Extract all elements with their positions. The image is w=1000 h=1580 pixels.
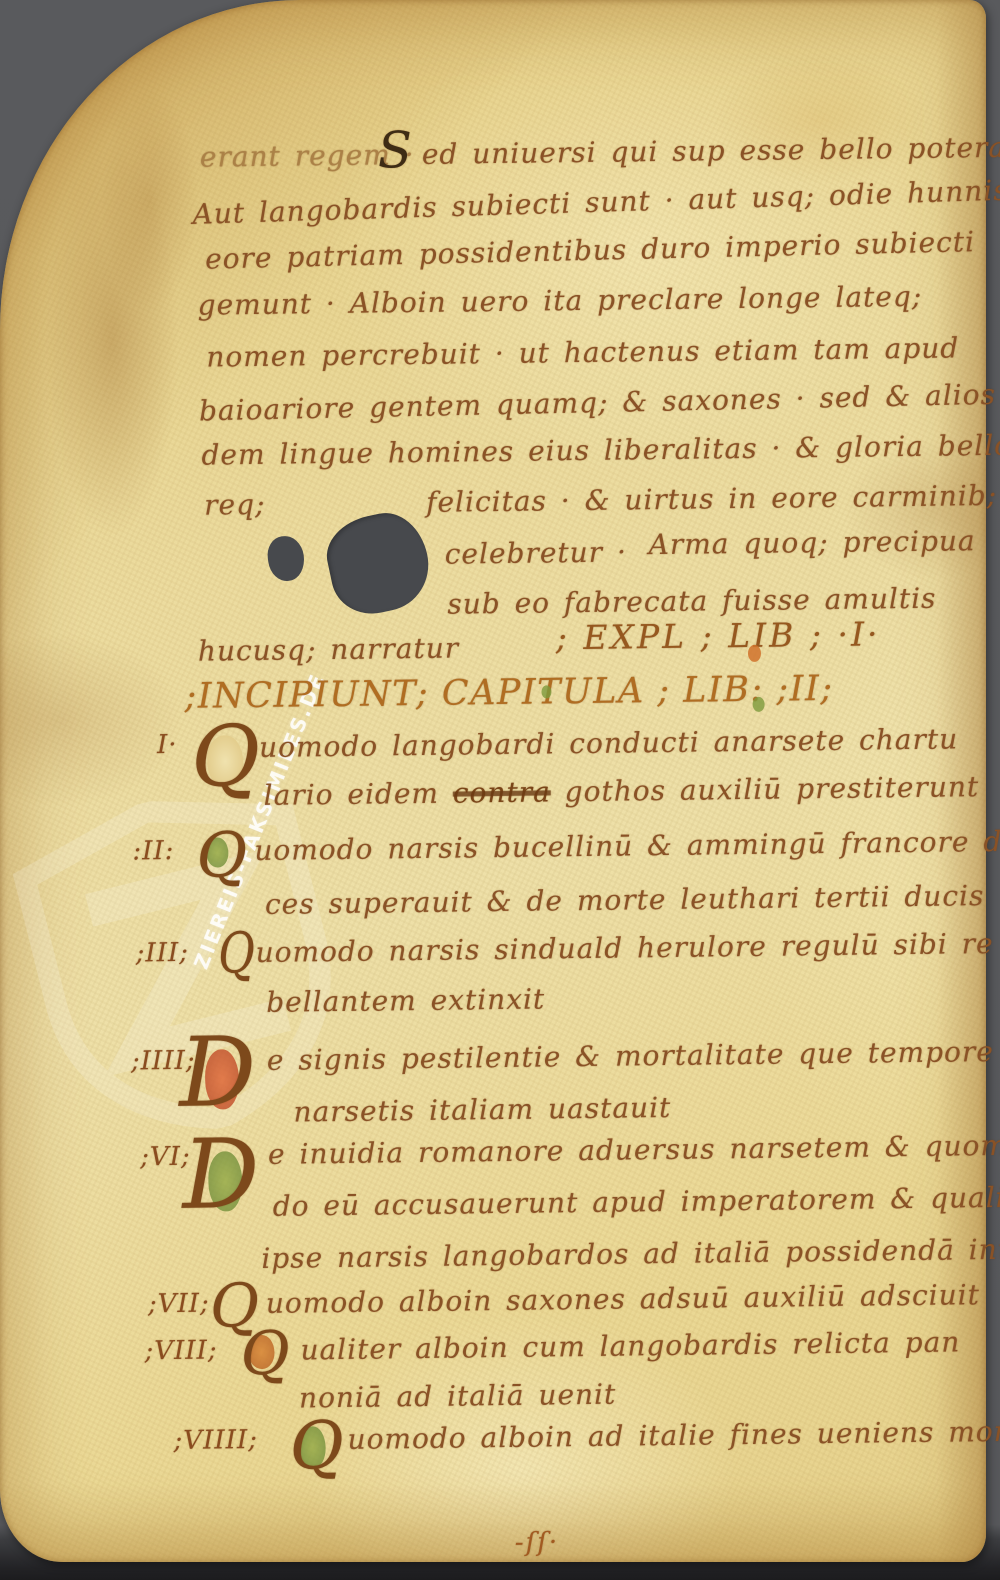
chapter-5-line-1: e inuidia romanore aduersus narsetem & q… — [268, 1132, 1000, 1169]
body-line-8b: felicitas · & uirtus in eore carminib; — [426, 482, 997, 517]
chapter-1-numeral: I· — [157, 732, 178, 758]
photo-stage: ZIEREIS-FAKSIMILES.DE erant regem · S ed… — [0, 0, 1000, 1580]
body-line-7: dem lingue homines eius liberalitas · & … — [201, 432, 1000, 470]
chapter-8-numeral: ;VIIII; — [173, 1427, 258, 1454]
body-line-9b: Arma quoq; precipua — [648, 527, 975, 559]
chapter-2-initial: Q — [196, 827, 248, 883]
chapter-8-line-1: uomodo alboin ad italie fines ueniens mo… — [347, 1417, 1000, 1453]
chapter-3-numeral: ;III; — [135, 940, 189, 967]
chapter-7-initial: Q — [240, 1327, 290, 1382]
body-line-9a: celebretur · — [445, 538, 627, 568]
chapter-3-line-1: uomodo narsis sinduald herulore regulū s… — [255, 930, 993, 967]
body-line-4: gemunt · Alboin uero ita preclare longe … — [198, 283, 923, 320]
chapter-2-line-1: uomodo narsis bucellinū & ammingū franco… — [254, 828, 1000, 865]
body-line-8a: req; — [204, 491, 266, 520]
chapter-6-numeral: ;VII; — [148, 1291, 210, 1318]
chapter-8-initial: Q — [289, 1416, 344, 1476]
chapter-3-line-2: bellantem extinxit — [266, 985, 545, 1016]
chapter-2-numeral: :II: — [132, 838, 174, 865]
body-line-6: baioariore gentem quamq; & saxones · sed… — [199, 379, 1000, 425]
body-line-3: eore patriam possidentibus duro imperio … — [205, 228, 975, 273]
body-line-11: hucusq; narratur — [198, 634, 460, 665]
rubric-dot-green — [541, 685, 551, 698]
chapter-1-struck-word: contra — [453, 775, 551, 809]
chapter-7-line-2: noniā ad italiā uenit — [299, 1381, 617, 1413]
chapter-1-line-2-pre: lario eidem — [263, 777, 453, 812]
initial-letter: Q — [191, 707, 261, 806]
chapter-5-initial: D — [182, 1131, 260, 1218]
chapter-2-line-2: ces superauit & de morte leuthari tertii… — [265, 882, 985, 919]
initial-letter: D — [178, 1016, 256, 1129]
quire-mark: -ſſ· — [515, 1527, 560, 1558]
body-line-5: nomen percrebuit · ut hactenus etiam tam… — [206, 334, 959, 371]
body-line-1b: ed uniuersi qui sup esse bello poterant — [422, 133, 1000, 169]
chapter-4-line-2: narsetis italiam uastauit — [293, 1094, 671, 1127]
chapter-4-initial: D — [179, 1029, 257, 1116]
rubric-dot-green — [753, 697, 765, 712]
rubric-incipit-capitula-lib-2: ;INCIPIUNT; CAPITULA ; LIB: ;II; — [184, 672, 834, 715]
chapter-1-initial: Q — [191, 719, 261, 795]
chapter-6-line-1: uomodo alboin saxones adsuū auxiliū adsc… — [266, 1281, 980, 1318]
rubric-dot-orange — [748, 645, 761, 662]
explicit-lib-1: ; EXPL ; LIB ; ·I· — [556, 617, 881, 654]
initial-letter: Q — [218, 921, 256, 986]
chapter-5-line-3: ipse narsis langobardos ad italiā possid… — [261, 1235, 1000, 1273]
chapter-7-numeral: ;VIII; — [144, 1337, 217, 1364]
body-line-10: sub eo fabrecata fuisse amultis — [447, 585, 936, 619]
chapter-7-line-1: ualiter alboin cum langobardis relicta p… — [300, 1328, 960, 1364]
chapter-3-initial: Q — [218, 929, 255, 980]
chapter-1-line-2: lario eidem contra gothos auxiliū presti… — [264, 773, 980, 810]
initial-letter: Q — [196, 818, 248, 892]
chapter-1-line-1: uomodo langobardi conducti anarsete char… — [259, 725, 958, 762]
initial-letter: Q — [240, 1319, 290, 1390]
initial-letter: D — [182, 1118, 260, 1231]
body-line-2: Aut langobardis subiecti sunt · aut usq;… — [192, 177, 1000, 229]
manuscript-text-block: erant regem · S ed uniuersi qui sup esse… — [0, 0, 1000, 1580]
chapter-5-line-2: do eū accusauerunt apud imperatorem & qu… — [273, 1183, 1000, 1220]
initial-letter: Q — [289, 1407, 344, 1485]
chapter-1-line-2-post: gothos auxiliū prestiterunt — [551, 770, 980, 808]
chapter-4-line-1: e signis pestilentie & mortalitate que t… — [267, 1038, 994, 1075]
body-line-1-initial: S — [378, 125, 413, 175]
